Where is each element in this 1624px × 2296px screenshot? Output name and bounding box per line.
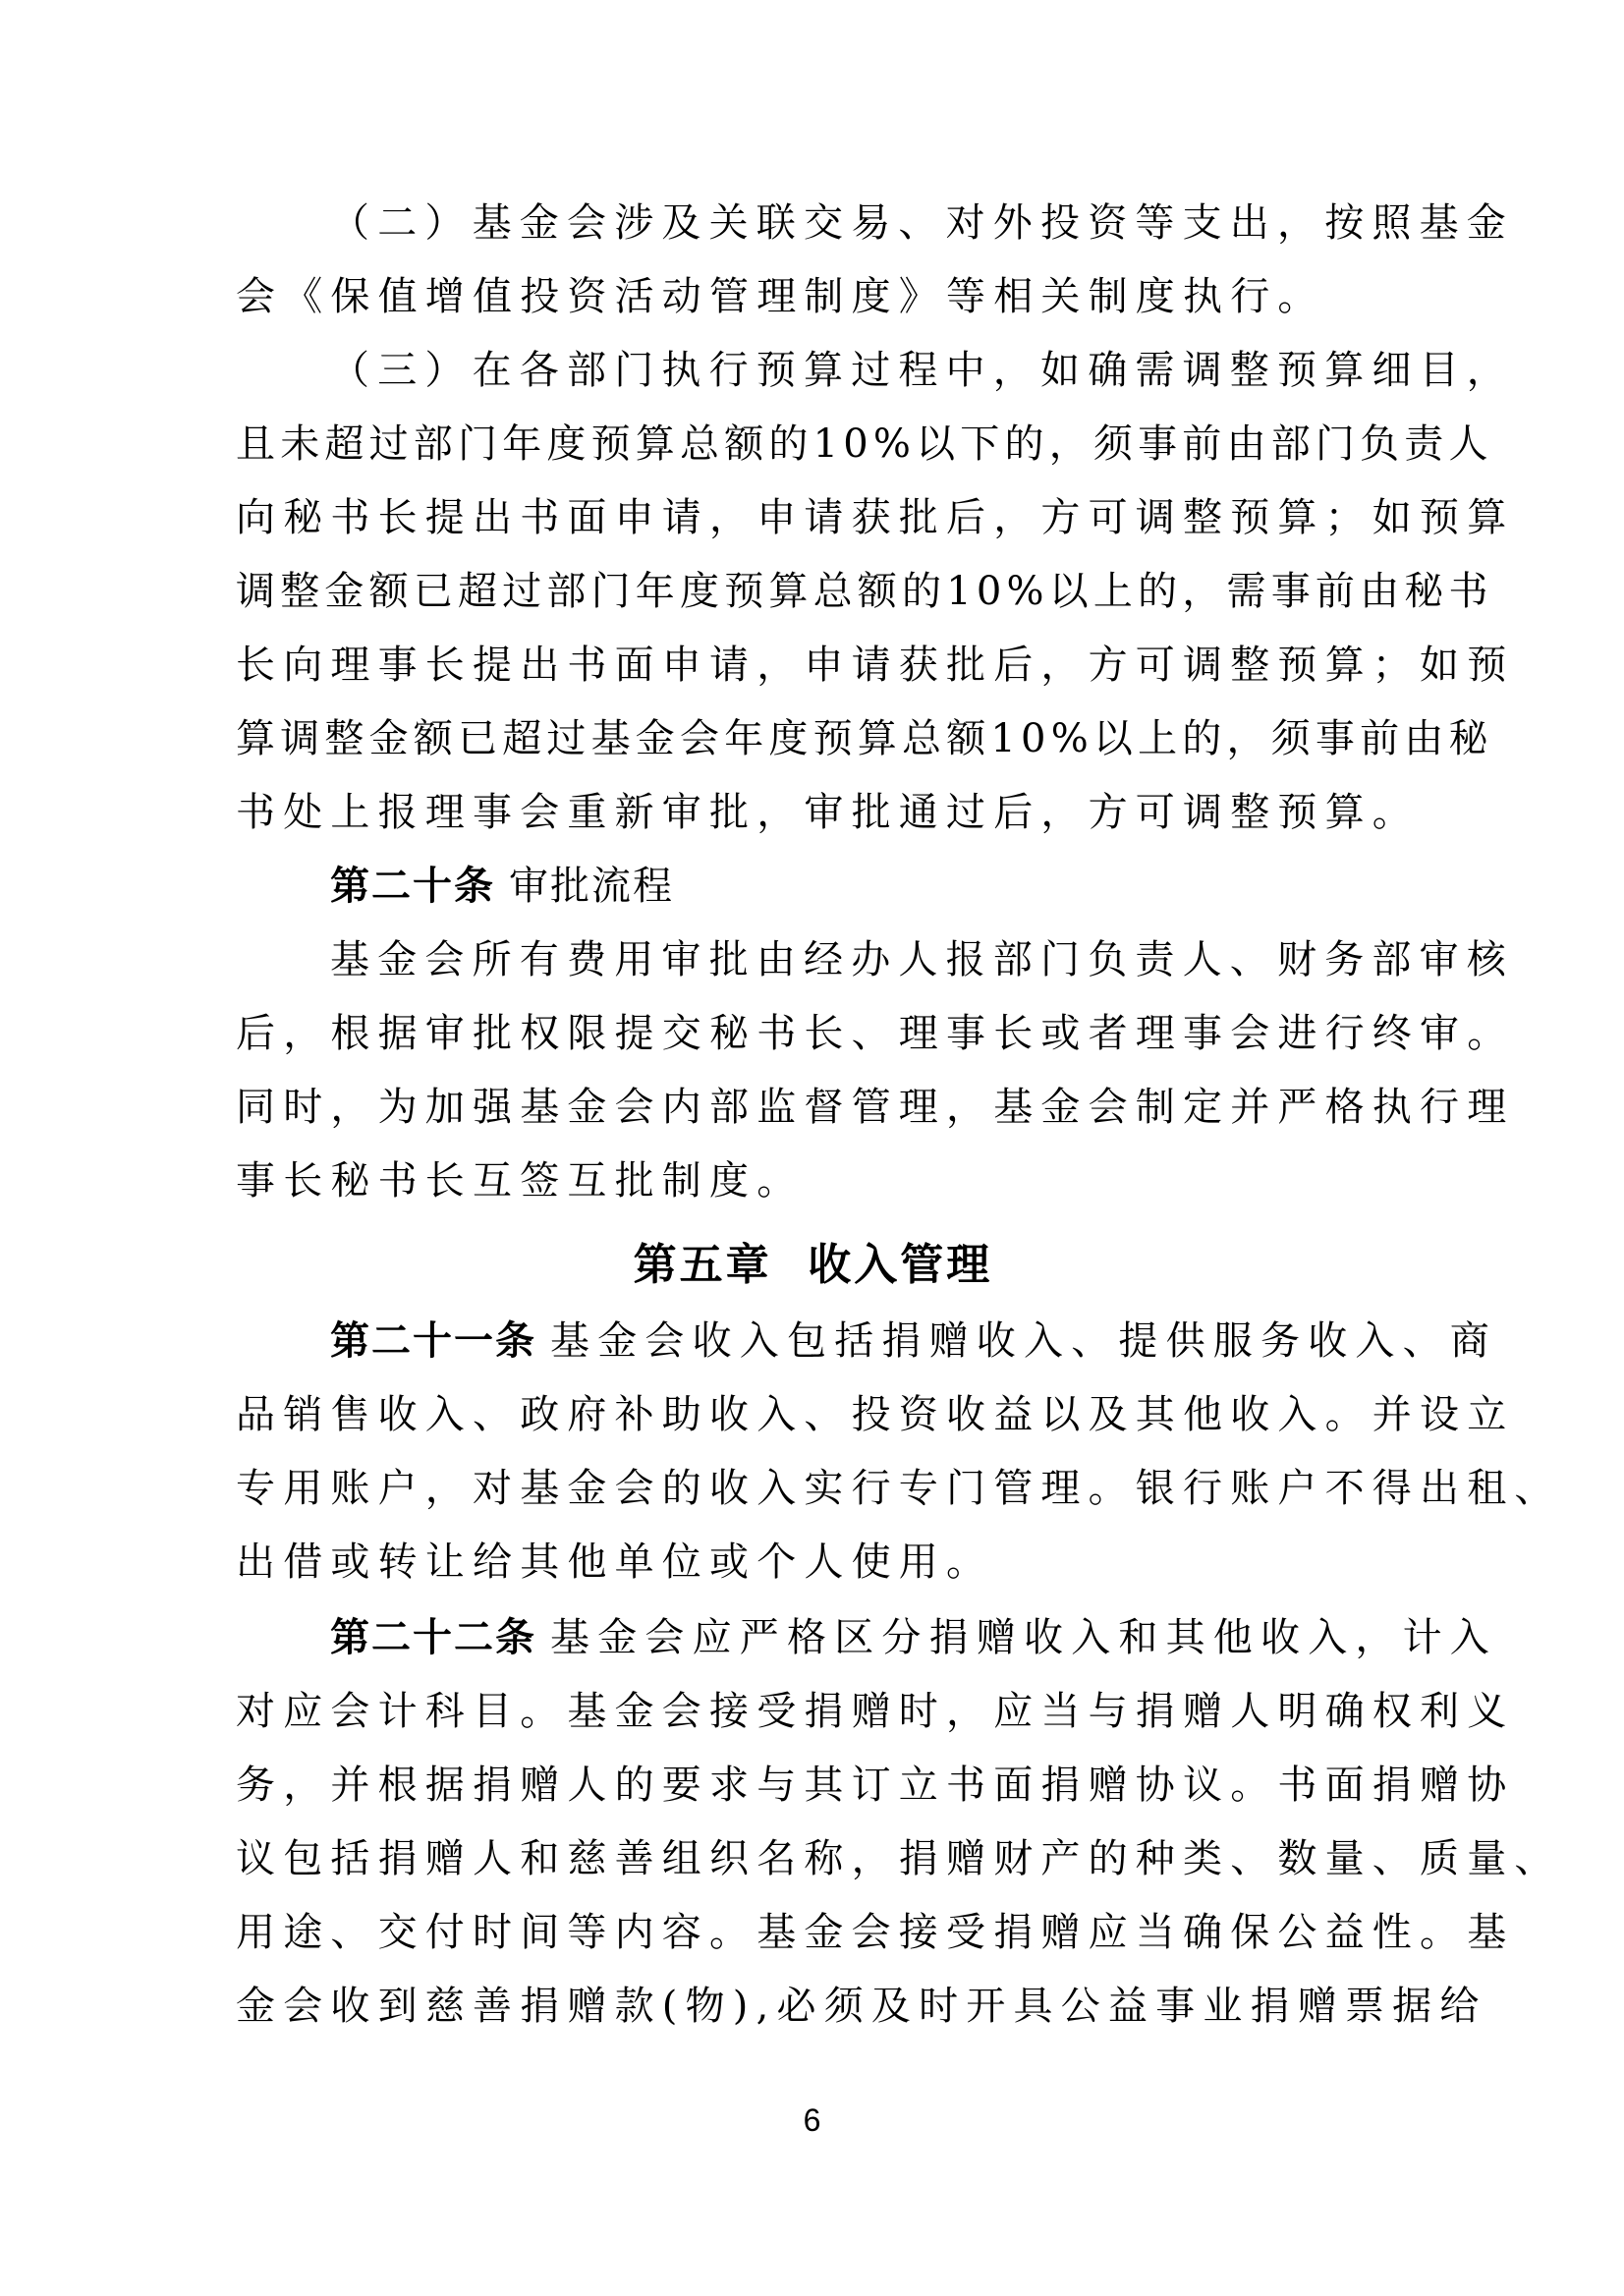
article-22-first-line: 第二十二条基金会应严格区分捐赠收入和其他收入，计入 [330,1601,1497,1675]
article-label: 第二十一条 [330,1318,536,1364]
article-21-first-line: 第二十一条基金会收入包括捐赠收入、提供服务收入、商 [330,1305,1497,1378]
paragraph-line: 务，并根据捐赠人的要求与其订立书面捐赠协议。书面捐赠协 [236,1749,1514,1822]
article-text: 基金会应严格区分捐赠收入和其他收入，计入 [550,1615,1497,1660]
paragraph-line: 议包括捐赠人和慈善组织名称，捐赠财产的种类、数量、质量、 [236,1822,1562,1896]
article-text: 基金会收入包括捐赠收入、提供服务收入、商 [550,1318,1497,1364]
paragraph-line: 算调整金额已超过基金会年度预算总额10%以上的，须事前由秘 [236,702,1493,776]
paragraph-line: 书处上报理事会重新审批，审批通过后，方可调整预算。 [236,776,1420,850]
paragraph-line: 且未超过部门年度预算总额的10%以下的，须事前由部门负责人 [236,408,1493,481]
paragraph-line: （三）在各部门执行预算过程中，如确需调整预算细目， [330,334,1514,408]
paragraph-line: 出借或转让给其他单位或个人使用。 [236,1526,993,1599]
paragraph-line: 会《保值增值投资活动管理制度》等相关制度执行。 [236,260,1325,334]
paragraph-line: 后，根据审批权限提交秘书长、理事长或者理事会进行终审。 [236,997,1514,1071]
paragraph-line: 品销售收入、政府补助收入、投资收益以及其他收入。并设立 [236,1378,1514,1452]
paragraph-line: 基金会所有费用审批由经办人报部门负责人、财务部审核 [330,924,1514,997]
paragraph-line: 金会收到慈善捐赠款(物),必须及时开具公益事业捐赠票据给 [236,1970,1487,2044]
paragraph-line: 调整金额已超过部门年度预算总额的10%以上的，需事前由秘书 [236,555,1493,629]
article-label: 第二十条 [330,864,495,909]
paragraph-line: 用途、交付时间等内容。基金会接受捐赠应当确保公益性。基 [236,1896,1514,1970]
paragraph-line: 同时，为加强基金会内部监督管理，基金会制定并严格执行理 [236,1071,1514,1145]
paragraph-line: 专用账户，对基金会的收入实行专门管理。银行账户不得出租、 [236,1452,1562,1526]
chapter-heading: 第五章 收入管理 [236,1226,1390,1305]
paragraph-line: 对应会计科目。基金会接受捐赠时，应当与捐赠人明确权利义 [236,1675,1514,1749]
paragraph-line: 向秘书长提出书面申请，申请获批后，方可调整预算；如预算 [236,481,1514,555]
paragraph-line: 长向理事长提出书面申请，申请获批后，方可调整预算；如预 [236,629,1514,702]
article-title: 审批流程 [509,864,674,909]
article-label: 第二十二条 [330,1615,536,1660]
page-number: 6 [0,2100,1624,2140]
article-20-heading: 第二十条审批流程 [330,850,674,924]
paragraph-line: 事长秘书长互签互批制度。 [236,1145,804,1218]
paragraph-line: （二）基金会涉及关联交易、对外投资等支出，按照基金 [330,187,1514,260]
